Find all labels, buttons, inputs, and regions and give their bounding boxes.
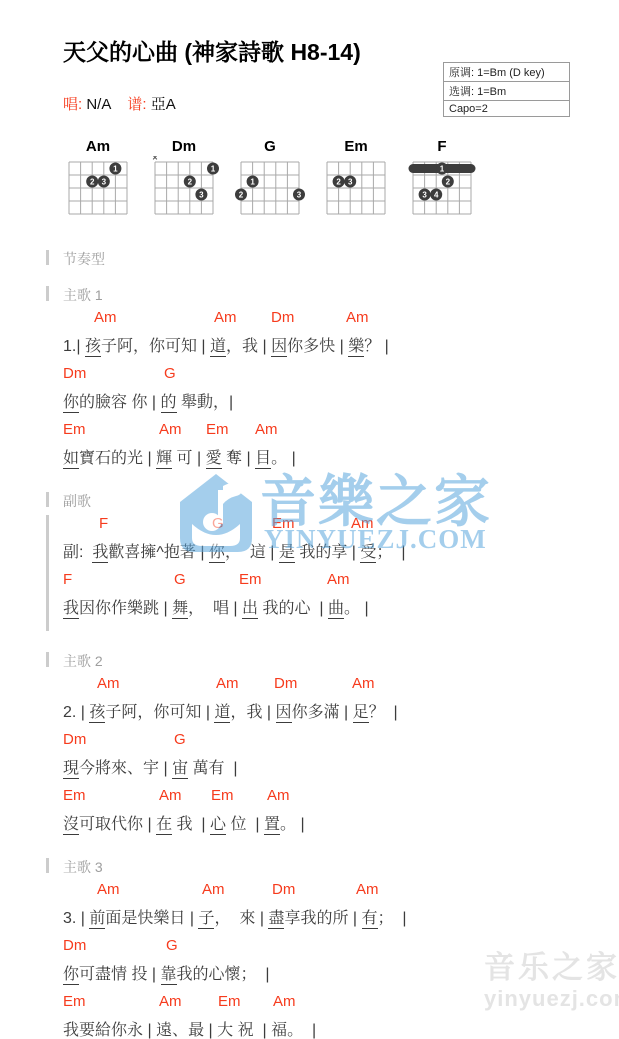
lyric-underlined: 因 xyxy=(271,338,287,357)
section-lines: AmAmDmAm1.| 孩子阿，你可知 | 道，我 | 因你多快 | 樂？ |D… xyxy=(46,309,619,471)
chord-grid-icon: 123 xyxy=(63,156,133,218)
chord-label: Am xyxy=(159,787,182,804)
lyric-text: ，我 | xyxy=(230,704,275,721)
section-label: 副歌 xyxy=(46,491,619,507)
lyric-text: 舉動，| xyxy=(177,394,234,411)
lyric-underlined: 大 xyxy=(217,1022,233,1039)
chord-grid-icon: 123 xyxy=(235,156,305,218)
lyric-text: ； | xyxy=(378,910,407,927)
chord-line: EmAmEmAm xyxy=(63,421,619,436)
lyric-text: ， 這 | xyxy=(225,544,279,561)
chord-label: Am xyxy=(94,309,117,326)
section-lines: AmAmDmAm2. | 孩子阿，你可知 | 道，我 | 因你多滿 | 足？ |… xyxy=(46,675,619,837)
lyric-underlined: 在 xyxy=(156,816,172,835)
lyric-text: 我的心 | xyxy=(258,600,328,617)
chord-label: Am xyxy=(216,675,239,692)
chord-label: Am xyxy=(202,881,225,898)
chord-diagram-Dm: Dm×123 xyxy=(149,138,219,223)
chord-grid-icon: 23 xyxy=(321,156,391,218)
lyric-underlined: 靠 xyxy=(161,966,177,985)
svg-text:3: 3 xyxy=(199,190,204,199)
lyric-text: ， 唱 | xyxy=(188,600,242,617)
chord-label: Em xyxy=(63,421,86,438)
lyric-text: 可盡情 投 | xyxy=(79,966,161,983)
sing-value: N/A xyxy=(86,96,111,113)
lyric-text: 2. | xyxy=(63,704,89,721)
section: 节奏型 xyxy=(46,249,619,265)
chord-label: Dm xyxy=(271,309,294,326)
section: 副歌FGEmAm副: 我歡喜擁^抱著 | 你， 這 | 是 我的享 | 受； |… xyxy=(46,491,619,631)
lyric-text: 面是快樂日 | xyxy=(105,910,198,927)
chord-label: Em xyxy=(63,993,86,1010)
lyric-text: 要給你永 | xyxy=(79,1022,156,1039)
chord-label: Em xyxy=(239,571,262,588)
chord-line: EmAmEmAm xyxy=(63,787,619,802)
svg-text:2: 2 xyxy=(239,190,244,199)
lyric-underlined: 心 xyxy=(210,816,226,835)
lyric-text: ？ | xyxy=(364,338,389,355)
lyric-text: 我的享 | xyxy=(295,544,361,561)
lyric-text: 你多滿 | xyxy=(292,704,353,721)
lyric-text: ，我 | xyxy=(226,338,271,355)
svg-text:2: 2 xyxy=(188,177,193,186)
chord-label: Am xyxy=(356,881,379,898)
svg-text:2: 2 xyxy=(90,177,95,186)
lyric-underlined: 受 xyxy=(360,544,376,563)
chord-label: Am xyxy=(159,993,182,1010)
chord-grid-icon: ×123 xyxy=(149,156,219,218)
svg-text:1: 1 xyxy=(211,164,216,173)
lyric-text: ？ | xyxy=(369,704,398,721)
lyric-text: 3. | xyxy=(63,910,89,927)
lyric-underlined: 樂 xyxy=(348,338,364,357)
chord-label: Am xyxy=(255,421,278,438)
arrange-label: 谱: xyxy=(127,96,146,113)
lyric-underlined: 愛 xyxy=(206,450,222,469)
chord-label: Am xyxy=(159,421,182,438)
lyric-text: 可 | xyxy=(172,450,206,467)
lyric-line: 我要給你永 | 遠、最 | 大 祝 | 福。 | xyxy=(63,1021,619,1039)
svg-text:2: 2 xyxy=(446,177,451,186)
chord-line: DmG xyxy=(63,731,619,746)
lyric-text: 位 | xyxy=(226,816,264,833)
lyric-line: 現今將來、宇 | 宙 萬有 | xyxy=(63,759,619,781)
lyric-text: ； | xyxy=(376,544,405,561)
chord-label: Am xyxy=(97,675,120,692)
section-label: 主歌 3 xyxy=(46,857,619,873)
key-capo: Capo=2 xyxy=(444,101,570,117)
lyric-line: 你的臉容 你 | 的 舉動，| xyxy=(63,393,619,415)
chord-label: Em xyxy=(206,421,229,438)
lyric-text: 祝 | xyxy=(233,1022,271,1039)
svg-text:3: 3 xyxy=(422,190,427,199)
lyric-underlined: 因 xyxy=(276,704,292,723)
lyric-line: 副: 我歡喜擁^抱著 | 你， 這 | 是 我的享 | 受； | xyxy=(63,543,619,565)
lyric-underlined: 有 xyxy=(362,910,378,929)
chord-label: Dm xyxy=(63,937,86,954)
chord-name: Em xyxy=(321,138,391,155)
section: 主歌 1AmAmDmAm1.| 孩子阿，你可知 | 道，我 | 因你多快 | 樂… xyxy=(46,285,619,471)
section-label: 节奏型 xyxy=(46,249,619,265)
chord-diagram-G: G123 xyxy=(235,138,305,223)
lyric-underlined: 現 xyxy=(63,760,79,779)
lyric-underlined: 足 xyxy=(353,704,369,723)
lyric-text: 寶石的光 | xyxy=(79,450,156,467)
chord-label: F xyxy=(63,571,72,588)
sing-label: 唱: xyxy=(63,96,82,113)
section-lines: FGEmAm副: 我歡喜擁^抱著 | 你， 這 | 是 我的享 | 受； |FG… xyxy=(46,515,619,631)
lyric-text: 子阿，你可知 | xyxy=(105,704,214,721)
lyric-underlined: 是 xyxy=(279,544,295,563)
chord-line: FGEmAm xyxy=(63,515,619,530)
lyric-underlined: 沒 xyxy=(63,816,79,835)
lyric-text: 、最 | xyxy=(172,1022,217,1039)
lyric-underlined: 我 xyxy=(92,544,108,563)
section-label: 主歌 1 xyxy=(46,285,619,301)
lyric-line: 沒可取代你 | 在 我 | 心 位 | 置。 | xyxy=(63,815,619,837)
svg-text:4: 4 xyxy=(434,190,439,199)
chord-grid-icon: 1234 xyxy=(407,156,477,218)
chord-line: DmG xyxy=(63,937,619,952)
chord-label: G xyxy=(164,365,176,382)
chord-label: Am xyxy=(267,787,290,804)
lyric-underlined: 你 xyxy=(209,544,225,563)
lyric-underlined: 輝 xyxy=(156,450,172,469)
section-label: 主歌 2 xyxy=(46,651,619,667)
lyric-text: 。 | xyxy=(280,816,305,833)
chord-label: Em xyxy=(218,993,241,1010)
lyric-line: 我因你作樂跳 | 舞， 唱 | 出 我的心 | 曲。 | xyxy=(63,599,619,621)
lyric-line: 1.| 孩子阿，你可知 | 道，我 | 因你多快 | 樂？ | xyxy=(63,337,619,359)
chord-label: Am xyxy=(351,515,374,532)
lyric-text: 今將來、宇 | xyxy=(79,760,172,777)
chord-diagrams: Am123Dm×123G123Em23F1234 xyxy=(63,138,619,223)
lyric-underlined: 孩 xyxy=(89,704,105,723)
lyric-text: 子阿，你可知 | xyxy=(101,338,210,355)
chord-line: DmG xyxy=(63,365,619,380)
lyric-text: 我的心懷； | xyxy=(177,966,270,983)
chord-line: FGEmAm xyxy=(63,571,619,586)
chord-line: AmAmDmAm xyxy=(63,309,619,324)
chord-label: Am xyxy=(214,309,237,326)
lyric-underlined: 遠 xyxy=(156,1022,172,1039)
svg-text:3: 3 xyxy=(102,177,107,186)
chord-name: Dm xyxy=(149,138,219,155)
svg-text:3: 3 xyxy=(348,177,353,186)
lyric-underlined: 如 xyxy=(63,450,79,469)
lyric-underlined: 前 xyxy=(89,910,105,929)
lyric-line: 你可盡情 投 | 靠我的心懷； | xyxy=(63,965,619,987)
lyric-underlined: 你 xyxy=(63,394,79,413)
lyric-text: ， 來 | xyxy=(214,910,268,927)
lyric-underlined: 目 xyxy=(255,450,271,469)
song-body: 节奏型主歌 1AmAmDmAm1.| 孩子阿，你可知 | 道，我 | 因你多快 … xyxy=(63,249,619,1039)
lyric-underlined: 你 xyxy=(63,966,79,985)
lyric-underlined: 出 xyxy=(242,600,258,619)
chord-label: F xyxy=(99,515,108,532)
chord-label: Em xyxy=(63,787,86,804)
lyric-text: 享我的所 | xyxy=(284,910,361,927)
chord-diagram-F: F1234 xyxy=(407,138,477,223)
chord-label: Em xyxy=(272,515,295,532)
lyric-text: 萬有 | xyxy=(188,760,238,777)
lyric-underlined: 曲 xyxy=(328,600,344,619)
chord-name: F xyxy=(407,138,477,155)
lyric-text: 歡喜擁^抱著 | xyxy=(108,544,209,561)
chord-name: Am xyxy=(63,138,133,155)
chord-label: Am xyxy=(327,571,350,588)
chord-sheet-page: 天父的心曲 (神家詩歌 H8-14) 唱: N/A谱: 亞A 原调: 1=Bm … xyxy=(0,0,619,1039)
lyric-line: 如寶石的光 | 輝 可 | 愛 奪 | 目。 | xyxy=(63,449,619,471)
section: 主歌 3AmAmDmAm3. | 前面是快樂日 | 子， 來 | 盡享我的所 |… xyxy=(46,857,619,1039)
chord-line: AmAmDmAm xyxy=(63,881,619,896)
chord-label: G xyxy=(174,571,186,588)
chord-label: Am xyxy=(352,675,375,692)
svg-text:1: 1 xyxy=(440,164,445,173)
chord-label: Dm xyxy=(63,365,86,382)
chord-label: Am xyxy=(346,309,369,326)
lyric-underlined: 的 xyxy=(161,394,177,413)
chord-name: G xyxy=(235,138,305,155)
lyric-text: 我 | xyxy=(172,816,210,833)
svg-text:×: × xyxy=(152,156,157,163)
svg-text:3: 3 xyxy=(297,190,302,199)
lyric-text: 副: xyxy=(63,544,92,561)
lyric-underlined: 道 xyxy=(214,704,230,723)
lyric-text: 1.| xyxy=(63,338,85,355)
chord-label: Am xyxy=(273,993,296,1010)
lyric-text: 你多快 | xyxy=(287,338,348,355)
section: 主歌 2AmAmDmAm2. | 孩子阿，你可知 | 道，我 | 因你多滿 | … xyxy=(46,651,619,837)
chord-label: G xyxy=(166,937,178,954)
chord-label: Dm xyxy=(63,731,86,748)
svg-text:1: 1 xyxy=(113,164,118,173)
chord-diagram-Em: Em23 xyxy=(321,138,391,223)
lyric-underlined: 舞 xyxy=(172,600,188,619)
chord-label: Dm xyxy=(272,881,295,898)
chord-line: EmAmEmAm xyxy=(63,993,619,1008)
chord-label: G xyxy=(212,515,224,532)
lyric-text: 。 | xyxy=(344,600,369,617)
chord-label: Am xyxy=(97,881,120,898)
key-selected: 选调: 1=Bm xyxy=(444,82,570,101)
key-original: 原调: 1=Bm (D key) xyxy=(444,63,570,82)
lyric-underlined: 我 xyxy=(63,1022,79,1039)
chord-line: AmAmDmAm xyxy=(63,675,619,690)
lyric-underlined: 道 xyxy=(210,338,226,357)
lyric-underlined: 孩 xyxy=(85,338,101,357)
lyric-text: 的臉容 你 | xyxy=(79,394,161,411)
lyric-underlined: 盡 xyxy=(268,910,284,929)
lyric-underlined: 我 xyxy=(63,600,79,619)
chord-label: Em xyxy=(211,787,234,804)
chord-label: G xyxy=(174,731,186,748)
lyric-underlined: 福 xyxy=(271,1022,287,1039)
lyric-text: 。 | xyxy=(271,450,296,467)
lyric-text: 。 | xyxy=(287,1022,316,1039)
svg-text:1: 1 xyxy=(250,177,255,186)
lyric-line: 3. | 前面是快樂日 | 子， 來 | 盡享我的所 | 有； | xyxy=(63,909,619,931)
lyric-underlined: 置 xyxy=(264,816,280,835)
lyric-underlined: 宙 xyxy=(172,760,188,779)
svg-text:2: 2 xyxy=(336,177,341,186)
lyric-underlined: 子 xyxy=(198,910,214,929)
lyric-text: 奪 | xyxy=(222,450,256,467)
chord-label: Dm xyxy=(274,675,297,692)
arrange-value: 亞A xyxy=(151,96,176,113)
key-info-box: 原调: 1=Bm (D key) 选调: 1=Bm Capo=2 xyxy=(443,62,570,117)
lyric-text: 因你作樂跳 | xyxy=(79,600,172,617)
lyric-text: 可取代你 | xyxy=(79,816,156,833)
chord-diagram-Am: Am123 xyxy=(63,138,133,223)
lyric-line: 2. | 孩子阿，你可知 | 道，我 | 因你多滿 | 足？ | xyxy=(63,703,619,725)
section-lines: AmAmDmAm3. | 前面是快樂日 | 子， 來 | 盡享我的所 | 有； … xyxy=(46,881,619,1039)
